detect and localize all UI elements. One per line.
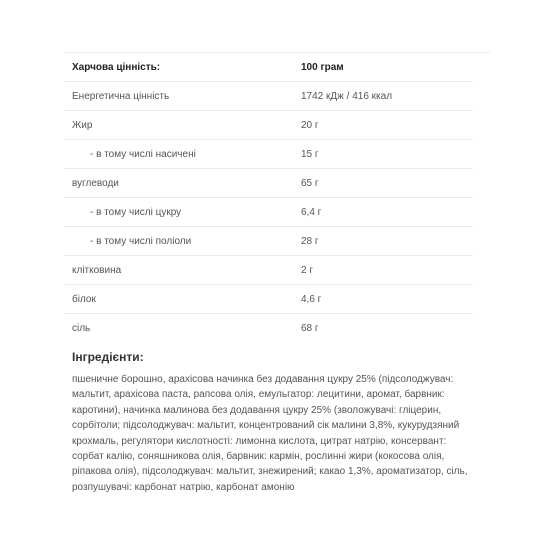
nutrition-label: білок [64, 294, 301, 305]
nutrition-value: 4,6 г [301, 294, 321, 305]
nutrition-label: сіль [64, 323, 301, 334]
nutrition-value: 68 г [301, 323, 319, 334]
nutrition-value: 1742 кДж / 416 ккал [301, 91, 392, 102]
ingredients-title: Інгредієнти: [72, 350, 477, 364]
nutrition-row-fiber: клітковина 2 г [64, 256, 473, 285]
nutrition-row-salt: сіль 68 г [64, 314, 473, 342]
nutrition-row-fat: Жир 20 г [64, 111, 473, 140]
ingredients-text: пшеничне борошно, арахісова начинка без … [72, 372, 477, 495]
nutrition-value: 15 г [301, 149, 319, 160]
nutrition-label: вуглеводи [64, 178, 301, 189]
nutrition-label: Енергетична цінність [64, 91, 301, 102]
nutrition-value: 65 г [301, 178, 319, 189]
nutrition-value: 28 г [301, 236, 319, 247]
nutrition-row-sugar: - в тому числі цукру 6,4 г [64, 198, 473, 227]
nutrition-label: - в тому числі поліоли [64, 236, 301, 247]
nutrition-value: 20 г [301, 120, 319, 131]
nutrition-header-value: 100 грам [301, 62, 344, 73]
nutrition-header-label: Харчова цінність: [64, 62, 301, 73]
nutrition-table: Харчова цінність: 100 грам Енергетична ц… [64, 52, 490, 342]
nutrition-value: 2 г [301, 265, 313, 276]
nutrition-label: - в тому числі насичені [64, 149, 301, 160]
nutrition-label: Жир [64, 120, 301, 131]
nutrition-header-row: Харчова цінність: 100 грам [64, 53, 473, 82]
nutrition-label: клітковина [64, 265, 301, 276]
nutrition-row-saturated: - в тому числі насичені 15 г [64, 140, 473, 169]
nutrition-row-carbs: вуглеводи 65 г [64, 169, 473, 198]
nutrition-label: - в тому числі цукру [64, 207, 301, 218]
nutrition-value: 6,4 г [301, 207, 321, 218]
ingredients-section: Інгредієнти: пшеничне борошно, арахісова… [72, 350, 477, 495]
nutrition-row-protein: білок 4,6 г [64, 285, 473, 314]
nutrition-row-polyols: - в тому числі поліоли 28 г [64, 227, 473, 256]
nutrition-row-energy: Енергетична цінність 1742 кДж / 416 ккал [64, 82, 473, 111]
